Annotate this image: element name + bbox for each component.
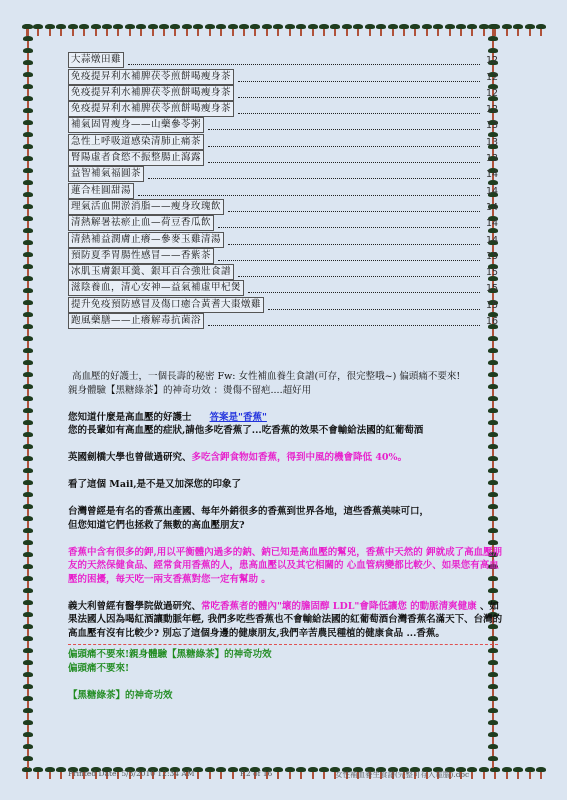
palm-tree-icon: [365, 24, 375, 36]
toc-entry-title[interactable]: 預防夏季胃腸性感冒——香紫茶: [68, 248, 214, 264]
palm-tree-icon: [23, 372, 33, 384]
toc-entry[interactable]: 免疫提昇利水補脾茯苓煎餅喝瘦身茶12: [68, 101, 498, 117]
toc-entry-title[interactable]: 急性上呼吸道感染清肺止痛茶: [68, 134, 204, 150]
toc-leader-dots: [238, 80, 480, 82]
palm-tree-icon: [23, 636, 33, 648]
toc-leader-dots: [208, 161, 480, 163]
article-body: 高血壓的好護士，一個長壽的秘密 Fw: 女性補血養生食譜(可存，很完整哦~) 偏…: [68, 370, 508, 702]
file-name: 女性補血養生食譜(完整可存入電腦).doc: [335, 769, 469, 780]
palm-tree-icon: [23, 516, 33, 528]
page-number: P.2 of 16: [240, 769, 272, 778]
table-of-contents: 大蒜燉田雞12免疫提昇利水補脾茯苓煎餅喝瘦身茶12免疫提昇利水補脾茯苓煎餅喝瘦身…: [68, 52, 498, 329]
palm-tree-icon: [388, 24, 398, 36]
palm-tree-icon: [23, 708, 33, 720]
palm-tree-icon: [23, 192, 33, 204]
toc-leader-dots: [228, 243, 480, 245]
palm-tree-icon: [23, 612, 33, 624]
green-heading-1: 偏頭痛不要來!親身體驗【黑糖綠茶】的神奇功效: [68, 648, 508, 662]
palm-tree-icon: [399, 24, 409, 36]
palm-tree-icon: [23, 240, 33, 252]
palm-tree-icon: [330, 24, 340, 36]
palm-tree-icon: [23, 228, 33, 240]
palm-tree-icon: [342, 24, 352, 36]
toc-entry[interactable]: 預防夏季胃腸性感冒——香紫茶15: [68, 248, 498, 264]
toc-leader-dots: [238, 112, 480, 114]
palm-tree-icon: [23, 468, 33, 480]
toc-leader-dots: [248, 291, 480, 293]
palm-tree-icon: [23, 456, 33, 468]
toc-entry-page: 15: [486, 299, 498, 313]
palm-tree-icon: [79, 24, 89, 36]
palm-tree-icon: [422, 24, 432, 36]
green-heading-3: 【黑糖綠茶】的神奇功效: [68, 689, 508, 703]
toc-entry-title[interactable]: 清熱解暑祛瘀止血—荷豆香瓜飲: [68, 215, 214, 231]
palm-tree-icon: [23, 720, 33, 732]
toc-entry[interactable]: 益智補氣福圓茶14: [68, 166, 498, 182]
toc-entry-page: 14: [486, 201, 498, 215]
palm-tree-icon: [23, 600, 33, 612]
palm-tree-icon: [23, 168, 33, 180]
palm-tree-icon: [23, 156, 33, 168]
toc-entry[interactable]: 腎陽虛者食慾不振整腸止瀉露13: [68, 150, 498, 166]
palm-tree-icon: [239, 24, 249, 36]
palm-tree-icon: [23, 324, 33, 336]
toc-entry[interactable]: 急性上呼吸道感染清肺止痛茶13: [68, 133, 498, 149]
palm-tree-icon: [488, 720, 498, 732]
toc-entry[interactable]: 大蒜燉田雞12: [68, 52, 498, 68]
palm-tree-icon: [502, 24, 512, 36]
toc-leader-dots: [218, 226, 480, 228]
p2-highlight: 多吃含鉀食物如香蕉，得到中風的機會降低 40%。: [192, 452, 408, 463]
palm-tree-icon: [23, 444, 33, 456]
palm-tree-icon: [308, 24, 318, 36]
palm-tree-icon: [23, 252, 33, 264]
palm-tree-icon: [182, 24, 192, 36]
answer-link[interactable]: 答案是"香蕉": [210, 412, 267, 423]
palm-tree-icon: [23, 732, 33, 744]
paragraph-5: 香蕉中含有很多的鉀,用以平衡體內過多的鈉、鈉已知是高血壓的幫兇，香蕉中天然的 鉀…: [68, 546, 508, 587]
palm-tree-icon: [250, 24, 260, 36]
paragraph-3: 看了這個 Mail,是不是又加深您的印象了: [68, 478, 508, 492]
palm-tree-icon: [23, 84, 33, 96]
palm-tree-icon: [23, 348, 33, 360]
palm-tree-icon: [23, 744, 33, 756]
palm-tree-icon: [23, 288, 33, 300]
toc-entry-title[interactable]: 冰肌玉膚銀耳羹、銀耳百合強壯食譜: [68, 264, 234, 280]
palm-tree-icon: [23, 420, 33, 432]
palm-tree-icon: [102, 24, 112, 36]
toc-entry[interactable]: 冰肌玉膚銀耳羹、銀耳百合強壯食譜15: [68, 264, 498, 280]
palm-tree-icon: [23, 264, 33, 276]
palm-tree-icon: [125, 24, 135, 36]
palm-tree-icon: [23, 216, 33, 228]
palm-tree-icon: [23, 180, 33, 192]
palm-tree-icon: [23, 300, 33, 312]
toc-entry-page: 14: [486, 217, 498, 231]
palm-tree-icon: [23, 480, 33, 492]
toc-entry-page: 15: [486, 266, 498, 280]
toc-entry-title[interactable]: 清熱補益潤膚止癢—參麥玉雞清湯: [68, 232, 224, 248]
palm-tree-icon: [23, 132, 33, 144]
paragraph-1: 您的長輩如有高血壓的症狀,請他多吃香蕉了...吃香蕉的效果不會輸給法國的紅葡萄酒: [68, 424, 508, 438]
palm-tree-icon: [23, 696, 33, 708]
palm-tree-icon: [23, 48, 33, 60]
palm-tree-icon: [285, 24, 295, 36]
palm-tree-icon: [23, 540, 33, 552]
palm-tree-icon: [136, 24, 146, 36]
palm-tree-icon: [23, 312, 33, 324]
palm-tree-icon: [23, 528, 33, 540]
question-line: 您知道什麼是高血壓的好護士答案是"香蕉": [68, 411, 508, 425]
palm-tree-icon: [23, 624, 33, 636]
palm-tree-icon: [23, 24, 33, 36]
toc-leader-dots: [208, 324, 480, 326]
palm-tree-icon: [456, 24, 466, 36]
palm-tree-icon: [23, 108, 33, 120]
palm-tree-icon: [159, 24, 169, 36]
divider: [68, 644, 498, 645]
green-heading-2: 偏頭痛不要來!: [68, 662, 508, 676]
palm-tree-icon: [488, 336, 498, 348]
border-top: [22, 24, 546, 38]
palm-tree-icon: [68, 24, 78, 36]
palm-tree-icon: [113, 24, 123, 36]
toc-entry-page: 15: [486, 282, 498, 296]
toc-leader-dots: [238, 275, 480, 277]
toc-entry[interactable]: 清熱補益潤膚止癢—參麥玉雞清湯14: [68, 231, 498, 247]
palm-tree-icon: [488, 36, 498, 48]
p2-text: 英國劍橋大學也曾做過研究、: [68, 452, 192, 463]
palm-tree-icon: [23, 396, 33, 408]
toc-entry-title[interactable]: 滋陰養血，清心安神—益氣補虛甲杞煲: [68, 280, 244, 296]
palm-tree-icon: [23, 576, 33, 588]
p6-text-1: 義大利曾經有醫學院做過研究、: [68, 601, 201, 612]
palm-tree-icon: [273, 24, 283, 36]
toc-entry-page: 12: [486, 71, 498, 85]
palm-tree-icon: [205, 24, 215, 36]
palm-tree-icon: [56, 24, 66, 36]
palm-tree-icon: [91, 24, 101, 36]
palm-tree-icon: [23, 660, 33, 672]
toc-entry-title[interactable]: 免疫提昇利水補脾茯苓煎餅喝瘦身茶: [68, 85, 234, 101]
toc-entry[interactable]: 清熱解暑祛瘀止血—荷豆香瓜飲14: [68, 215, 498, 231]
toc-entry-page: 12: [486, 54, 498, 68]
toc-leader-dots: [148, 177, 480, 179]
toc-entry-page: 13: [486, 119, 498, 133]
toc-leader-dots: [238, 96, 480, 98]
toc-entry-title[interactable]: 腎陽虛者食慾不振整腸止瀉露: [68, 150, 204, 166]
toc-leader-dots: [218, 259, 480, 261]
toc-entry[interactable]: 蓮合桂圓甜湯14: [68, 182, 498, 198]
palm-tree-icon: [23, 60, 33, 72]
page-footer: Printed Date: 5/3/2010 12:34 AM P.2 of 1…: [0, 767, 567, 781]
palm-tree-icon: [23, 144, 33, 156]
border-left: [21, 24, 35, 764]
palm-tree-icon: [488, 732, 498, 744]
palm-tree-icon: [488, 708, 498, 720]
toc-entry-page: 14: [486, 234, 498, 248]
toc-entry-title[interactable]: 免疫提昇利水補脾茯苓煎餅喝瘦身茶: [68, 101, 234, 117]
toc-leader-dots: [268, 308, 480, 310]
intro-line-2: 親身體驗【黑糖綠茶】的神奇功效 ：燙傷不留疤....超好用: [68, 384, 508, 398]
palm-tree-icon: [45, 24, 55, 36]
toc-entry-page: 12: [486, 87, 498, 101]
toc-entry-title[interactable]: 免疫提昇利水補脾茯苓煎餅喝瘦身茶: [68, 69, 234, 85]
palm-tree-icon: [23, 120, 33, 132]
toc-entry[interactable]: 提升免疫預防感冒及傷口癒合黃耆大棗燉雞15: [68, 296, 498, 312]
printed-date: Printed Date: 5/3/2010 12:34 AM: [68, 769, 195, 778]
toc-entry-page: 12: [486, 103, 498, 117]
palm-tree-icon: [376, 24, 386, 36]
toc-entry-page: 13: [486, 152, 498, 166]
palm-tree-icon: [525, 24, 535, 36]
palm-tree-icon: [23, 408, 33, 420]
palm-tree-icon: [23, 276, 33, 288]
palm-tree-icon: [410, 24, 420, 36]
palm-tree-icon: [148, 24, 158, 36]
palm-tree-icon: [467, 24, 477, 36]
palm-tree-icon: [488, 348, 498, 360]
palm-tree-icon: [319, 24, 329, 36]
palm-tree-icon: [23, 360, 33, 372]
palm-tree-icon: [23, 72, 33, 84]
toc-entry-title[interactable]: 理氣活血開淤消脂——瘦身玫瑰飲: [68, 199, 224, 215]
palm-tree-icon: [170, 24, 180, 36]
toc-leader-dots: [138, 194, 480, 196]
palm-tree-icon: [228, 24, 238, 36]
paragraph-4-line-1: 台灣曾經是有名的香蕉出產國、每年外銷很多的香蕉到世界各地，這些香蕉美味可口，: [68, 505, 508, 519]
palm-tree-icon: [23, 552, 33, 564]
palm-tree-icon: [23, 96, 33, 108]
palm-tree-icon: [445, 24, 455, 36]
palm-tree-icon: [513, 24, 523, 36]
palm-tree-icon: [536, 24, 546, 36]
toc-entry-title[interactable]: 跑風藥膳——止癢解毒抗菌浴: [68, 313, 204, 329]
palm-tree-icon: [23, 504, 33, 516]
palm-tree-icon: [23, 648, 33, 660]
toc-entry[interactable]: 跑風藥膳——止癢解毒抗菌浴16: [68, 313, 498, 329]
toc-entry-title[interactable]: 益智補氣福圓茶: [68, 166, 144, 182]
paragraph-6: 義大利曾經有醫學院做過研究、常吃香蕉者的體內"壞的膽固醇 LDL"會降低讓您 的…: [68, 600, 508, 641]
palm-tree-icon: [353, 24, 363, 36]
toc-entry-page: 16: [486, 315, 498, 329]
palm-tree-icon: [193, 24, 203, 36]
palm-tree-icon: [23, 36, 33, 48]
paragraph-4-line-2: 但您知道它們也拯救了無數的高血壓朋友?: [68, 519, 508, 533]
toc-leader-dots: [128, 63, 480, 65]
palm-tree-icon: [23, 492, 33, 504]
toc-entry-page: 14: [486, 168, 498, 182]
toc-leader-dots: [208, 145, 480, 147]
palm-tree-icon: [433, 24, 443, 36]
palm-tree-icon: [296, 24, 306, 36]
palm-tree-icon: [23, 384, 33, 396]
intro-line-1: 高血壓的好護士，一個長壽的秘密 Fw: 女性補血養生食譜(可存，很完整哦~) 偏…: [68, 370, 508, 384]
palm-tree-icon: [23, 588, 33, 600]
palm-tree-icon: [23, 204, 33, 216]
toc-leader-dots: [208, 128, 480, 130]
toc-entry-page: 13: [486, 136, 498, 150]
toc-entry-title[interactable]: 補氣固胃瘦身——山藥參苓粥: [68, 117, 204, 133]
palm-tree-icon: [488, 24, 498, 36]
paragraph-2: 英國劍橋大學也曾做過研究、多吃含鉀食物如香蕉，得到中風的機會降低 40%。: [68, 451, 508, 465]
p6-highlight: 常吃香蕉者的體內"壞的膽固醇 LDL"會降低讓您 的動脈清爽健康: [201, 601, 477, 612]
toc-entry[interactable]: 滋陰養血，清心安神—益氣補虛甲杞煲15: [68, 280, 498, 296]
palm-tree-icon: [216, 24, 226, 36]
toc-entry-page: 14: [486, 185, 498, 199]
toc-entry[interactable]: 免疫提昇利水補脾茯苓煎餅喝瘦身茶12: [68, 85, 498, 101]
palm-tree-icon: [23, 432, 33, 444]
palm-tree-icon: [23, 672, 33, 684]
palm-tree-icon: [488, 744, 498, 756]
palm-tree-icon: [23, 684, 33, 696]
toc-entry[interactable]: 補氣固胃瘦身——山藥參苓粥13: [68, 117, 498, 133]
question-text: 您知道什麼是高血壓的好護士: [68, 412, 192, 423]
toc-entry-title[interactable]: 蓮合桂圓甜湯: [68, 183, 134, 199]
palm-tree-icon: [23, 336, 33, 348]
palm-tree-icon: [23, 564, 33, 576]
toc-entry-page: 15: [486, 250, 498, 264]
toc-leader-dots: [228, 210, 480, 212]
toc-entry-title[interactable]: 大蒜燉田雞: [68, 52, 124, 68]
palm-tree-icon: [262, 24, 272, 36]
toc-entry[interactable]: 理氣活血開淤消脂——瘦身玫瑰飲14: [68, 199, 498, 215]
toc-entry-title[interactable]: 提升免疫預防感冒及傷口癒合黃耆大棗燉雞: [68, 297, 264, 313]
toc-entry[interactable]: 免疫提昇利水補脾茯苓煎餅喝瘦身茶12: [68, 68, 498, 84]
